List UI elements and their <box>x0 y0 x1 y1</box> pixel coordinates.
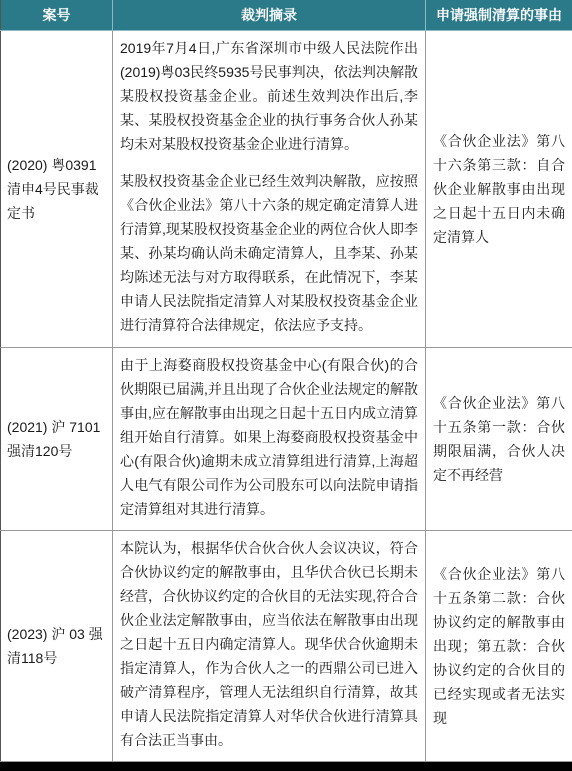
excerpt-paragraph: 本院认为，根据华伏合伙合伙人会议决议，符合合伙协议约定的解散事由，且华伏合伙已长… <box>120 536 418 752</box>
excerpt-cell: 本院认为，根据华伏合伙合伙人会议决议，符合合伙协议约定的解散事由，且华伏合伙已长… <box>113 530 426 761</box>
header-cell-reason: 申请强制清算的事由 <box>426 0 572 30</box>
case-number-text: (2023) 沪 03 强清118号 <box>7 626 103 666</box>
header-cell-case-no: 案号 <box>1 0 113 30</box>
case-table: 案号 裁判摘录 申请强制清算的事由 (2020) 粤0391清申4号民事裁定书 … <box>0 0 572 762</box>
excerpt-paragraph: 某股权投资基金企业已经生效判决解散，应按照《合伙企业法》第八十六条的规定确定清算… <box>120 169 418 337</box>
reason-cell: 《合伙企业法》第八十六条第三款：自合伙企业解散事由出现之日起十五日内未确定清算人 <box>426 30 572 348</box>
case-number-text: (2020) 粤0391清申4号民事裁定书 <box>7 157 99 221</box>
table-row: (2023) 沪 03 强清118号 本院认为，根据华伏合伙合伙人会议决议，符合… <box>1 530 572 761</box>
header-row: 案号 裁判摘录 申请强制清算的事由 <box>1 0 572 30</box>
case-number-cell: (2023) 沪 03 强清118号 <box>1 530 113 761</box>
excerpt-paragraph: 由于上海婺商股权投资基金中心(有限合伙)的合伙期限已届满,并且出现了合伙企业法规… <box>120 353 418 521</box>
excerpt-paragraph: 2019年7月4日,广东省深圳市中级人民法院作出(2019)粤03民终5935号… <box>120 36 418 156</box>
table-row: (2020) 粤0391清申4号民事裁定书 2019年7月4日,广东省深圳市中级… <box>1 30 572 348</box>
reason-text: 《合伙企业法》第八十六条第三款：自合伙企业解散事由出现之日起十五日内未确定清算人 <box>433 133 565 245</box>
reason-text: 《合伙企业法》第八十五条第一款：合伙期限届满，合伙人决定不再经营 <box>433 395 565 483</box>
reason-text: 《合伙企业法》第八十五条第二款：合伙协议约定的解散事由出现；第五款：合伙协议约定… <box>433 566 565 726</box>
case-number-text: (2021) 沪 7101强清120号 <box>7 419 100 459</box>
bottom-border-bar <box>0 762 572 771</box>
excerpt-cell: 2019年7月4日,广东省深圳市中级人民法院作出(2019)粤03民终5935号… <box>113 30 426 348</box>
legal-case-table-page: 案号 裁判摘录 申请强制清算的事由 (2020) 粤0391清申4号民事裁定书 … <box>0 0 572 771</box>
reason-cell: 《合伙企业法》第八十五条第二款：合伙协议约定的解散事由出现；第五款：合伙协议约定… <box>426 530 572 761</box>
excerpt-cell: 由于上海婺商股权投资基金中心(有限合伙)的合伙期限已届满,并且出现了合伙企业法规… <box>113 348 426 530</box>
header-cell-excerpt: 裁判摘录 <box>113 0 426 30</box>
table-row: (2021) 沪 7101强清120号 由于上海婺商股权投资基金中心(有限合伙)… <box>1 348 572 530</box>
case-number-cell: (2021) 沪 7101强清120号 <box>1 348 113 530</box>
reason-cell: 《合伙企业法》第八十五条第一款：合伙期限届满，合伙人决定不再经营 <box>426 348 572 530</box>
case-number-cell: (2020) 粤0391清申4号民事裁定书 <box>1 30 113 348</box>
